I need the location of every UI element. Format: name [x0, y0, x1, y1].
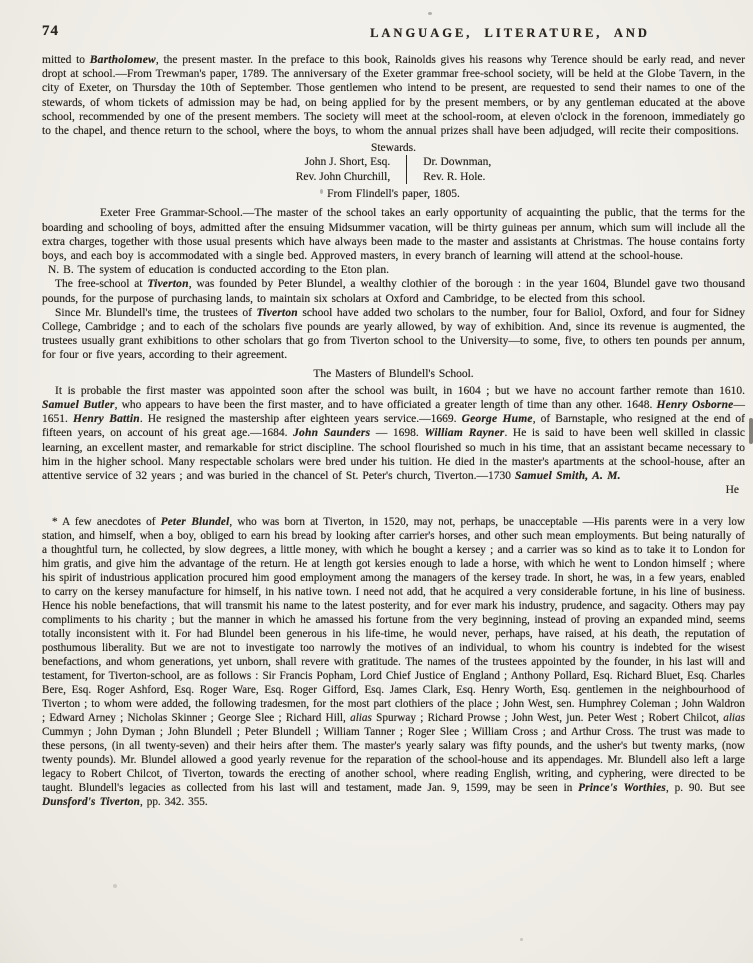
scan-speck	[320, 189, 323, 194]
source-line: From Flindell's paper, 1805.	[42, 187, 745, 201]
scan-speck	[428, 12, 432, 15]
stewards-right-column: Dr. Downman, Rev. R. Hole.	[423, 155, 491, 184]
stewards-heading: Stewards.	[42, 141, 745, 155]
paragraph-free-school: The free-school at Tiverton, was founded…	[42, 277, 745, 305]
scan-speck	[113, 884, 117, 888]
masters-section-heading: The Masters of Blundell's School.	[42, 367, 745, 381]
scan-edge-mark	[749, 418, 753, 444]
page-body: mitted to Bartholomew, the present maste…	[42, 53, 745, 809]
steward-name: John J. Short, Esq.	[296, 155, 390, 169]
paragraph-since-blundell: Since Mr. Blundell's time, the trustees …	[42, 306, 745, 363]
paragraph-exeter-school: Exeter Free Grammar-School.—The master o…	[42, 206, 745, 263]
stewards-left-column: John J. Short, Esq. Rev. John Churchill,	[296, 155, 390, 184]
scan-speck	[520, 938, 523, 941]
footnote-anecdotes: * A few anecdotes of Peter Blundel, who …	[42, 515, 745, 809]
paragraph-continuation: mitted to Bartholomew, the present maste…	[42, 53, 745, 138]
nota-bene-line: N. B. The system of education is conduct…	[42, 263, 745, 277]
running-title: LANGUAGE, LITERATURE, AND	[370, 26, 650, 40]
stewards-divider	[406, 155, 407, 184]
scanned-book-page: 74 LANGUAGE, LITERATURE, AND mitted to B…	[0, 0, 753, 963]
page-header: 74 LANGUAGE, LITERATURE, AND	[42, 24, 745, 42]
stewards-list: John J. Short, Esq. Rev. John Churchill,…	[42, 155, 745, 184]
steward-name: Rev. John Churchill,	[296, 170, 390, 184]
page-number: 74	[42, 23, 59, 39]
steward-name: Rev. R. Hole.	[423, 170, 491, 184]
steward-name: Dr. Downman,	[423, 155, 491, 169]
catchword: He	[42, 483, 745, 497]
paragraph-masters-list: It is probable the first master was appo…	[42, 384, 745, 483]
